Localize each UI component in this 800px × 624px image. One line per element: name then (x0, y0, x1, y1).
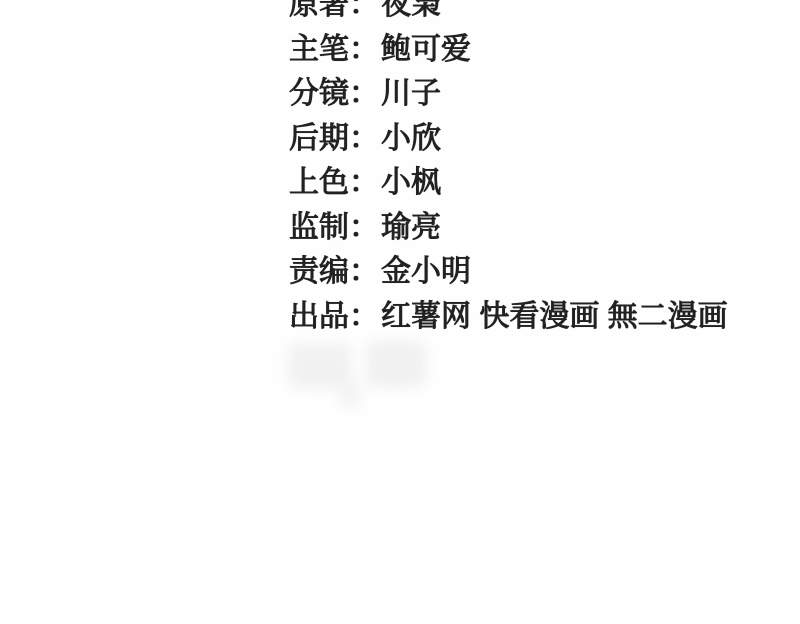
credit-row-editor: 责编： 金小明 (289, 250, 728, 295)
faded-ink-blob (341, 379, 359, 407)
credit-name-value: 金小明 (381, 250, 471, 295)
credit-name-value: 夜枭 (381, 0, 441, 28)
credit-role-label: 监制： (289, 206, 379, 251)
credit-role-label: 责编： (289, 250, 379, 295)
credit-row-production: 出品： 红薯网 快看漫画 無二漫画 (289, 295, 728, 340)
credit-row-supervisor: 监制： 瑜亮 (289, 206, 728, 251)
credit-row-storyboard: 分镜： 川子 (289, 72, 728, 117)
credit-row-original-author: 原著： 夜枭 (289, 0, 728, 28)
credit-role-label: 后期： (289, 117, 379, 162)
credit-name-value: 小欣 (381, 117, 441, 162)
credit-name-value: 鲍可爱 (381, 28, 471, 73)
credit-role-label: 主笔： (289, 28, 379, 73)
comic-credits-page: 原著： 夜枭 主笔： 鲍可爱 分镜： 川子 后期： 小欣 上色： 小枫 监制： … (0, 0, 800, 624)
credit-row-coloring: 上色： 小枫 (289, 161, 728, 206)
credit-role-label: 分镜： (289, 72, 379, 117)
faded-ink-blob (289, 344, 351, 388)
credit-name-value: 红薯网 快看漫画 無二漫画 (381, 295, 728, 340)
credit-role-label: 上色： (289, 161, 379, 206)
credit-name-value: 川子 (381, 72, 441, 117)
credit-row-lead-artist: 主笔： 鲍可爱 (289, 28, 728, 73)
faded-ink-blob (366, 341, 426, 387)
credit-role-label: 出品： (289, 295, 379, 340)
credits-list: 原著： 夜枭 主笔： 鲍可爱 分镜： 川子 后期： 小欣 上色： 小枫 监制： … (289, 0, 728, 339)
credit-row-post-production: 后期： 小欣 (289, 117, 728, 162)
credit-name-value: 小枫 (381, 161, 441, 206)
credit-name-value: 瑜亮 (381, 206, 441, 251)
credit-role-label: 原著： (289, 0, 379, 28)
